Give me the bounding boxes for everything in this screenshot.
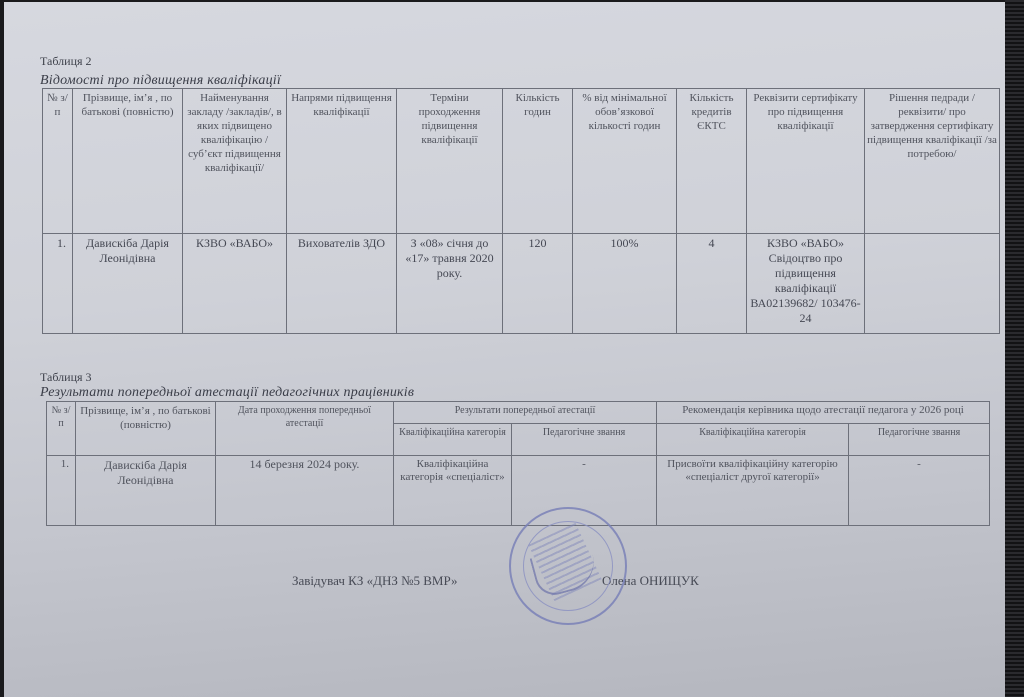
header-ped-title: Педагогічне звання: [512, 424, 657, 456]
header-institution: Найменування закладу /закладів/, в яких …: [183, 89, 287, 234]
header-decision: Рішення педради /реквізити/ про затвердж…: [865, 89, 1000, 234]
row-direction: Вихователів ЗДО: [287, 234, 397, 334]
row-certificate: КЗВО «ВАБО» Свідоцтво про підвищення ква…: [747, 234, 865, 334]
header-rec-qual-category: Кваліфікаційна категорія: [657, 424, 849, 456]
row-name: Давискіба Дарія Леонідівна: [73, 234, 183, 334]
row-credits: 4: [677, 234, 747, 334]
table3-caption: Таблиця 3: [40, 370, 92, 385]
row-name: Давискіба Дарія Леонідівна: [76, 456, 216, 526]
header-direction: Напрями підвищення кваліфікації: [287, 89, 397, 234]
row-num: 1.: [43, 234, 73, 334]
table2-header-row: № з/п Прізвище, ім’я , по батькові (повн…: [43, 89, 1000, 234]
header-date: Дата проходження попередньої атестації: [216, 402, 394, 456]
header-hours: Кількість годин: [503, 89, 573, 234]
header-terms: Терміни проходження підвищення кваліфіка…: [397, 89, 503, 234]
header-recommendation: Рекомендація керівника щодо атестації пе…: [657, 402, 990, 424]
row-rec-qual-category: Присвоїти кваліфікаційну категорію «спец…: [657, 456, 849, 526]
header-name: Прізвище, ім’я , по батькові (повністю): [73, 89, 183, 234]
row-institution: КЗВО «ВАБО»: [183, 234, 287, 334]
background-edge: [1005, 0, 1024, 697]
header-credits: Кількість кредитів ЄКТС: [677, 89, 747, 234]
signatory-position: Завідувач КЗ «ДНЗ №5 ВМР»: [292, 573, 458, 589]
table3-title: Результати попередньої атестації педагог…: [40, 385, 414, 401]
row-num: 1.: [47, 456, 76, 526]
header-num: № з/п: [47, 402, 76, 456]
row-qual-category: Кваліфікаційна категорія «спеціаліст»: [394, 456, 512, 526]
row-date: 14 березня 2024 року.: [216, 456, 394, 526]
row-hours: 120: [503, 234, 573, 334]
header-num: № з/п: [43, 89, 73, 234]
row-decision: [865, 234, 1000, 334]
table2-title: Відомості про підвищення кваліфікації: [40, 73, 281, 89]
row-rec-ped-title: -: [849, 456, 990, 526]
header-certificate: Реквізити сертифікату про підвищення ква…: [747, 89, 865, 234]
table-row: 1. Давискіба Дарія Леонідівна КЗВО «ВАБО…: [43, 234, 1000, 334]
attestation-table: № з/п Прізвище, ім’я , по батькові (повн…: [46, 401, 990, 526]
table-row: 1. Давискіба Дарія Леонідівна 14 березня…: [47, 456, 990, 526]
document-sheet: Таблиця 2 Відомості про підвищення квалі…: [4, 2, 1005, 697]
row-terms: З «08» січня до «17» травня 2020 року.: [397, 234, 503, 334]
qualification-table: № з/п Прізвище, ім’я , по батькові (повн…: [42, 88, 1000, 334]
row-percent: 100%: [573, 234, 677, 334]
header-prev-results: Результати попередньої атестації: [394, 402, 657, 424]
header-qual-category: Кваліфікаційна категорія: [394, 424, 512, 456]
table3-header-row-1: № з/п Прізвище, ім’я , по батькові (повн…: [47, 402, 990, 424]
header-rec-ped-title: Педагогічне звання: [849, 424, 990, 456]
table2-caption: Таблиця 2: [40, 54, 92, 69]
header-name: Прізвище, ім’я , по батькові (повністю): [76, 402, 216, 456]
header-percent: % від мінімальної обов’язкової кількості…: [573, 89, 677, 234]
